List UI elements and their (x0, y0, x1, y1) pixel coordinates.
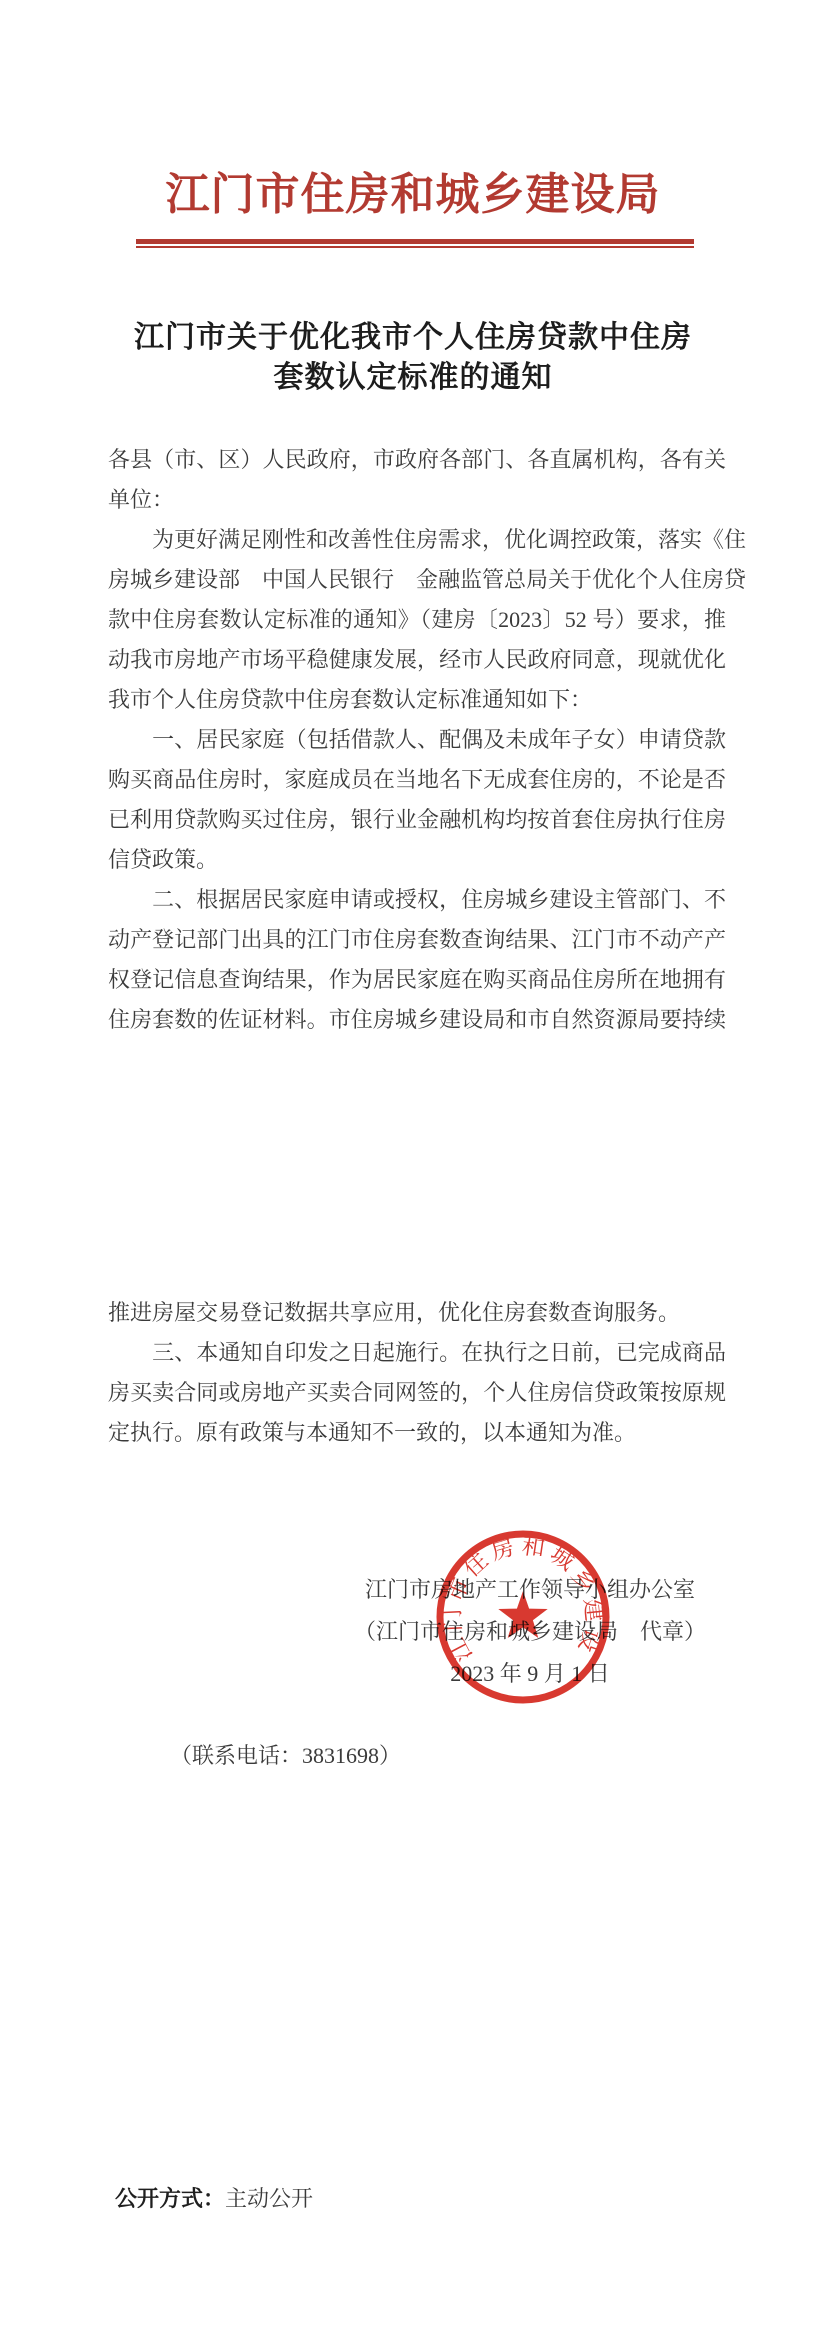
document-title: 江门市关于优化我市个人住房贷款中住房 套数认定标准的通知 (0, 318, 826, 398)
body-text-line: 单位： (108, 480, 726, 520)
seal-arc-text: 江门市住房和城乡建设局 (433, 1527, 607, 1666)
body-text-page2: 推进房屋交易登记数据共享应用，优化住房套数查询服务。 三、本通知自印发之日起施行… (108, 1293, 726, 1453)
body-text-line: 权登记信息查询结果，作为居民家庭在购买商品住房所在地拥有 (108, 960, 726, 1000)
body-text-line: 住房套数的佐证材料。市住房城乡建设局和市自然资源局要持续 (108, 1000, 726, 1040)
star-icon (498, 1591, 547, 1638)
disclosure-label: 公开方式： (115, 2186, 225, 2211)
body-text-line: 购买商品住房时，家庭成员在当地名下无成套住房的，不论是否 (108, 760, 726, 800)
letterhead-org-name: 江门市住房和城乡建设局 (0, 168, 826, 222)
body-text-line: 已利用贷款购买过住房，银行业金融机构均按首套住房执行住房 (108, 800, 726, 840)
body-text-line: 我市个人住房贷款中住房套数认定标准通知如下： (108, 680, 726, 720)
body-text-line: 为更好满足刚性和改善性住房需求，优化调控政策，落实《住 (108, 520, 726, 560)
body-text-line: 各县（市、区）人民政府，市政府各部门、各直属机构，各有关 (108, 440, 726, 480)
body-text-line: 信贷政策。 (108, 840, 726, 880)
body-text-line: 二、根据居民家庭申请或授权，住房城乡建设主管部门、不 (108, 880, 726, 920)
official-seal: 江门市住房和城乡建设局 (433, 1527, 613, 1707)
divider-thin-line (136, 246, 694, 248)
body-text-line: 定执行。原有政策与本通知不一致的，以本通知为准。 (108, 1413, 726, 1453)
contact-phone: （联系电话：3831698） (170, 1742, 401, 1770)
document-title-line2: 套数认定标准的通知 (0, 358, 826, 398)
body-text-line: 房城乡建设部 中国人民银行 金融监管总局关于优化个人住房贷 (108, 560, 726, 600)
disclosure-footer: 公开方式：主动公开 (115, 2185, 313, 2213)
document-title-line1: 江门市关于优化我市个人住房贷款中住房 (0, 318, 826, 358)
body-text-line: 动产登记部门出具的江门市住房套数查询结果、江门市不动产产 (108, 920, 726, 960)
body-text-line: 动我市房地产市场平稳健康发展，经市人民政府同意，现就优化 (108, 640, 726, 680)
divider-thick-line (136, 239, 694, 244)
body-text-line: 房买卖合同或房地产买卖合同网签的，个人住房信贷政策按原规 (108, 1373, 726, 1413)
body-text-page1: 各县（市、区）人民政府，市政府各部门、各直属机构，各有关单位： 为更好满足刚性和… (108, 440, 726, 1040)
body-text-line: 三、本通知自印发之日起施行。在执行之日前，已完成商品 (108, 1333, 726, 1373)
disclosure-value: 主动公开 (225, 2186, 313, 2211)
document-page: 江门市住房和城乡建设局 江门市关于优化我市个人住房贷款中住房 套数认定标准的通知… (0, 0, 826, 2338)
body-text-line: 推进房屋交易登记数据共享应用，优化住房套数查询服务。 (108, 1293, 726, 1333)
body-text-line: 一、居民家庭（包括借款人、配偶及未成年子女）申请贷款 (108, 720, 726, 760)
letterhead-divider (136, 239, 694, 248)
body-text-line: 款中住房套数认定标准的通知》（建房〔2023〕52 号）要求，推 (108, 600, 726, 640)
